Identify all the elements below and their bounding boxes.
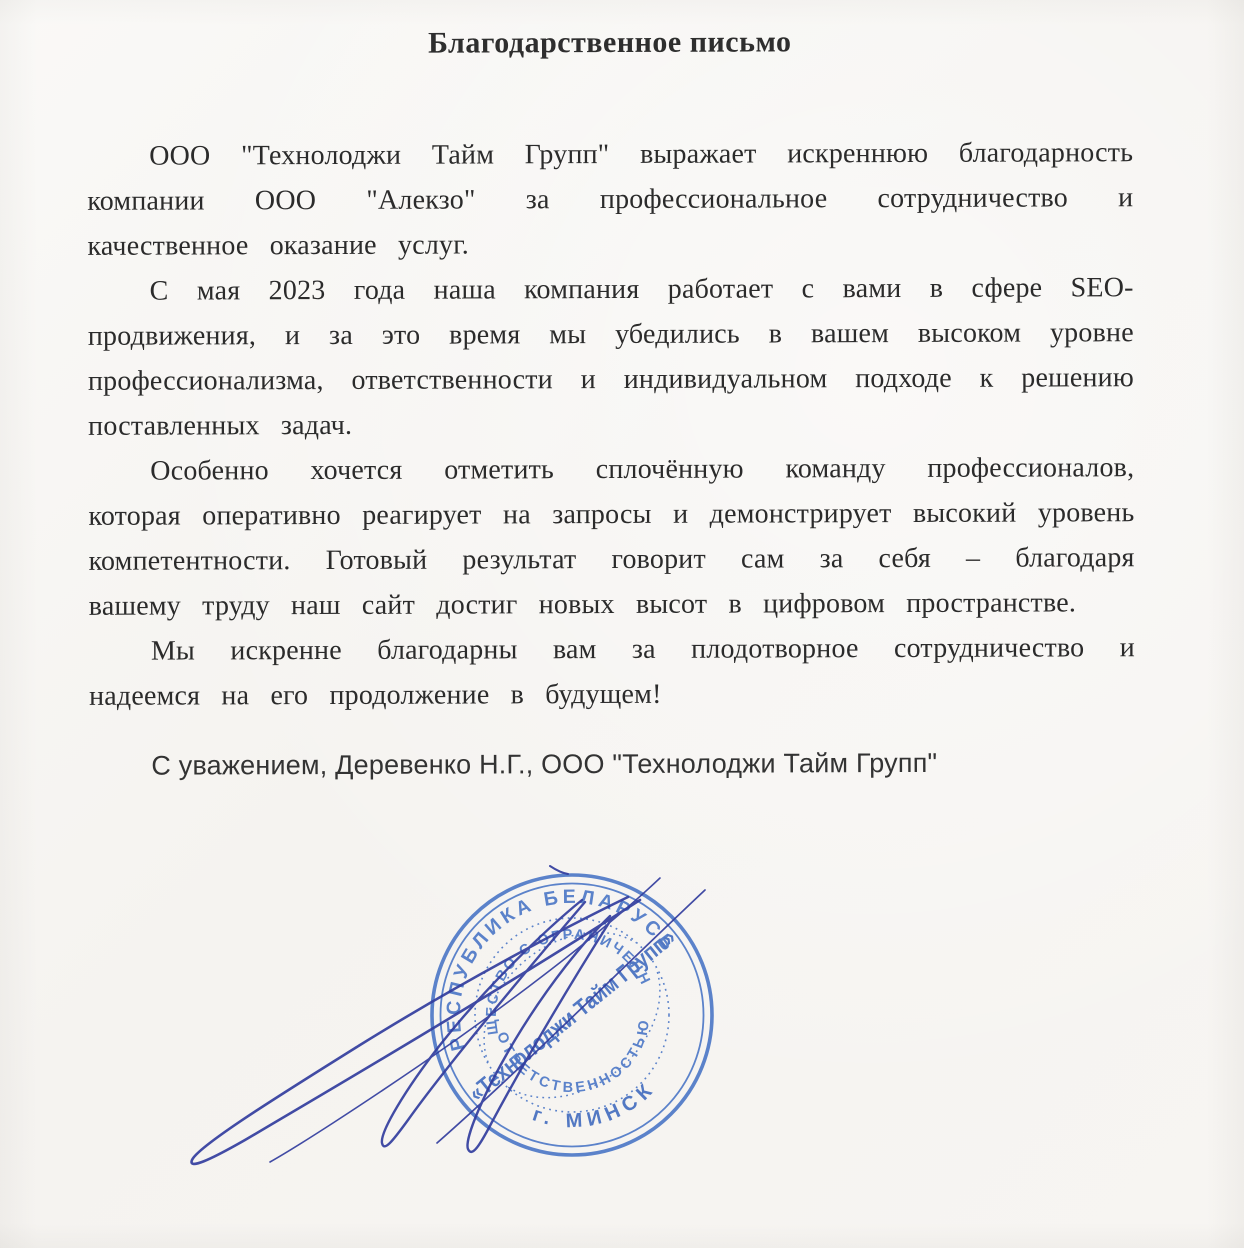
letter-paragraph-4: Мы искренне благодарны вам за плодотворн… [89, 625, 1135, 719]
letter-body: ООО "Технолоджи Тайм Групп" выражает иск… [87, 130, 1135, 719]
letter-paragraph-3: Особенно хочется отметить сплочённую ком… [88, 445, 1135, 629]
letter-text-block: Благодарственное письмо ООО "Технолоджи … [87, 0, 1136, 782]
letter-paragraph-1: ООО "Технолоджи Тайм Групп" выражает иск… [87, 130, 1133, 269]
signature-stroke-6 [550, 866, 568, 874]
letter-paragraph-2: С мая 2023 года наша компания работает с… [88, 265, 1135, 449]
scanned-letter-page: Благодарственное письмо ООО "Технолоджи … [0, 0, 1244, 1248]
page-title: Благодарственное письмо [87, 24, 1133, 62]
stamp-and-signature: РЕСПУБЛИКА БЕЛАРУСЬ г. МИНСК ОБЩЕСТВО С … [120, 840, 800, 1240]
company-stamp-icon: РЕСПУБЛИКА БЕЛАРУСЬ г. МИНСК ОБЩЕСТВО С … [401, 844, 717, 1155]
signoff-text: С уважением, Деревенко Н.Г., ООО "Технол… [151, 747, 1135, 781]
